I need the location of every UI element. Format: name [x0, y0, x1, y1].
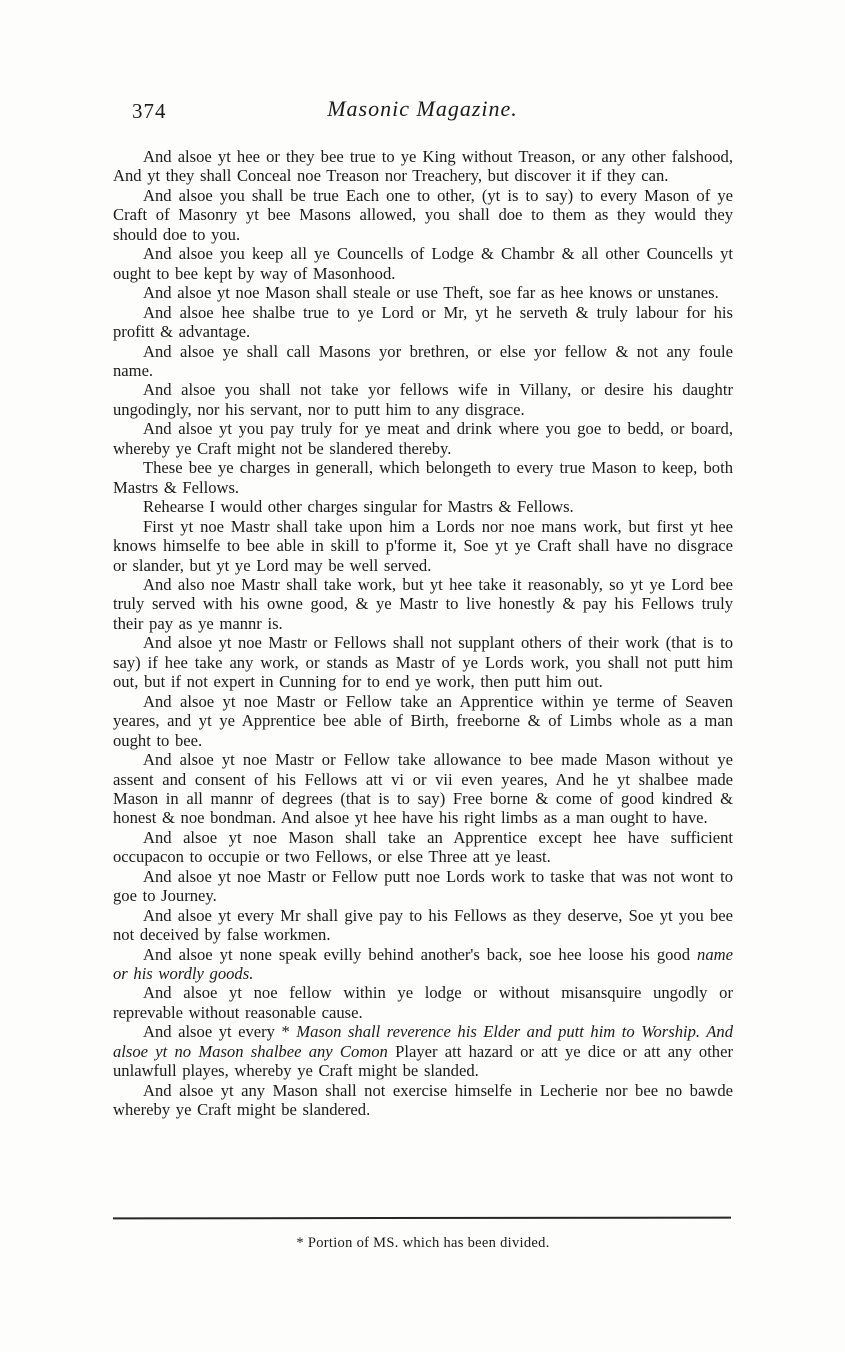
paragraph: And alsoe yt every * Mason shall reveren…	[113, 1022, 733, 1080]
paragraph: And alsoe yt hee or they bee true to ye …	[113, 147, 733, 186]
paragraph: And alsoe you shall not take yor fellows…	[113, 380, 733, 419]
text-segment: And alsoe you shall be true Each one to …	[113, 186, 733, 244]
text-segment: And alsoe yt hee or they bee true to ye …	[113, 147, 733, 185]
paragraph: And alsoe yt noe Mastr or Fellow putt no…	[113, 867, 733, 906]
paragraph: And alsoe you keep all ye Councells of L…	[113, 244, 733, 283]
text-segment: And alsoe yt noe fellow within ye lodge …	[113, 983, 733, 1021]
text-segment: And alsoe yt every *	[143, 1022, 296, 1041]
text-segment: And alsoe hee shalbe true to ye Lord or …	[113, 303, 733, 341]
paragraph: And alsoe you shall be true Each one to …	[113, 186, 733, 244]
paragraph: First yt noe Mastr shall take upon him a…	[113, 517, 733, 575]
paragraph: And alsoe yt noe Mason shall steale or u…	[113, 283, 733, 302]
paragraph: And alsoe yt noe fellow within ye lodge …	[113, 983, 733, 1022]
text-segment: And alsoe yt none speak evilly behind an…	[143, 945, 697, 964]
paragraph: And alsoe yt every Mr shall give pay to …	[113, 906, 733, 945]
text-segment: And alsoe yt noe Mason shall take an App…	[113, 828, 733, 866]
text-column: And alsoe yt hee or they bee true to ye …	[113, 147, 733, 1120]
text-segment: And alsoe you keep all ye Councells of L…	[113, 244, 733, 282]
paragraph: And alsoe yt you pay truly for ye meat a…	[113, 419, 733, 458]
text-segment: And alsoe yt noe Mason shall steale or u…	[143, 283, 719, 302]
text-segment: Rehearse I would other charges singular …	[143, 497, 574, 516]
paragraph: And alsoe hee shalbe true to ye Lord or …	[113, 303, 733, 342]
paragraph: And alsoe yt none speak evilly behind an…	[113, 945, 733, 984]
text-segment: And alsoe yt every Mr shall give pay to …	[113, 906, 733, 944]
paragraph: And also noe Mastr shall take work, but …	[113, 575, 733, 633]
text-segment: And alsoe yt noe Mastr or Fellow putt no…	[113, 867, 733, 905]
text-segment: These bee ye charges in generall, which …	[113, 458, 733, 496]
text-segment: And alsoe ye shall call Masons yor breth…	[113, 342, 733, 380]
paragraph: And alsoe yt noe Mastr or Fellows shall …	[113, 633, 733, 691]
paragraph: These bee ye charges in generall, which …	[113, 458, 733, 497]
text-segment: And alsoe yt any Mason shall not exercis…	[113, 1081, 733, 1119]
journal-title: Masonic Magazine.	[0, 96, 845, 122]
text-segment: First yt noe Mastr shall take upon him a…	[113, 517, 733, 575]
text-segment: And alsoe yt noe Mastr or Fellow take an…	[113, 692, 733, 750]
footnote: * Portion of MS. which has been divided.	[113, 1235, 733, 1252]
paragraph: And alsoe yt any Mason shall not exercis…	[113, 1081, 733, 1120]
text-segment: And alsoe yt noe Mastr or Fellow take al…	[113, 750, 733, 827]
text-segment: And also noe Mastr shall take work, but …	[113, 575, 733, 633]
text-segment: And alsoe yt noe Mastr or Fellows shall …	[113, 633, 733, 691]
document-page: 374 Masonic Magazine. And alsoe yt hee o…	[0, 0, 845, 1352]
paragraph: Rehearse I would other charges singular …	[113, 497, 733, 516]
paragraph: And alsoe yt noe Mastr or Fellow take an…	[113, 692, 733, 750]
paragraph: And alsoe yt noe Mastr or Fellow take al…	[113, 750, 733, 828]
paragraph: And alsoe ye shall call Masons yor breth…	[113, 342, 733, 381]
paragraph: And alsoe yt noe Mason shall take an App…	[113, 828, 733, 867]
footnote-divider	[113, 1217, 731, 1220]
text-segment: And alsoe you shall not take yor fellows…	[113, 380, 733, 418]
text-segment: And alsoe yt you pay truly for ye meat a…	[113, 419, 733, 457]
